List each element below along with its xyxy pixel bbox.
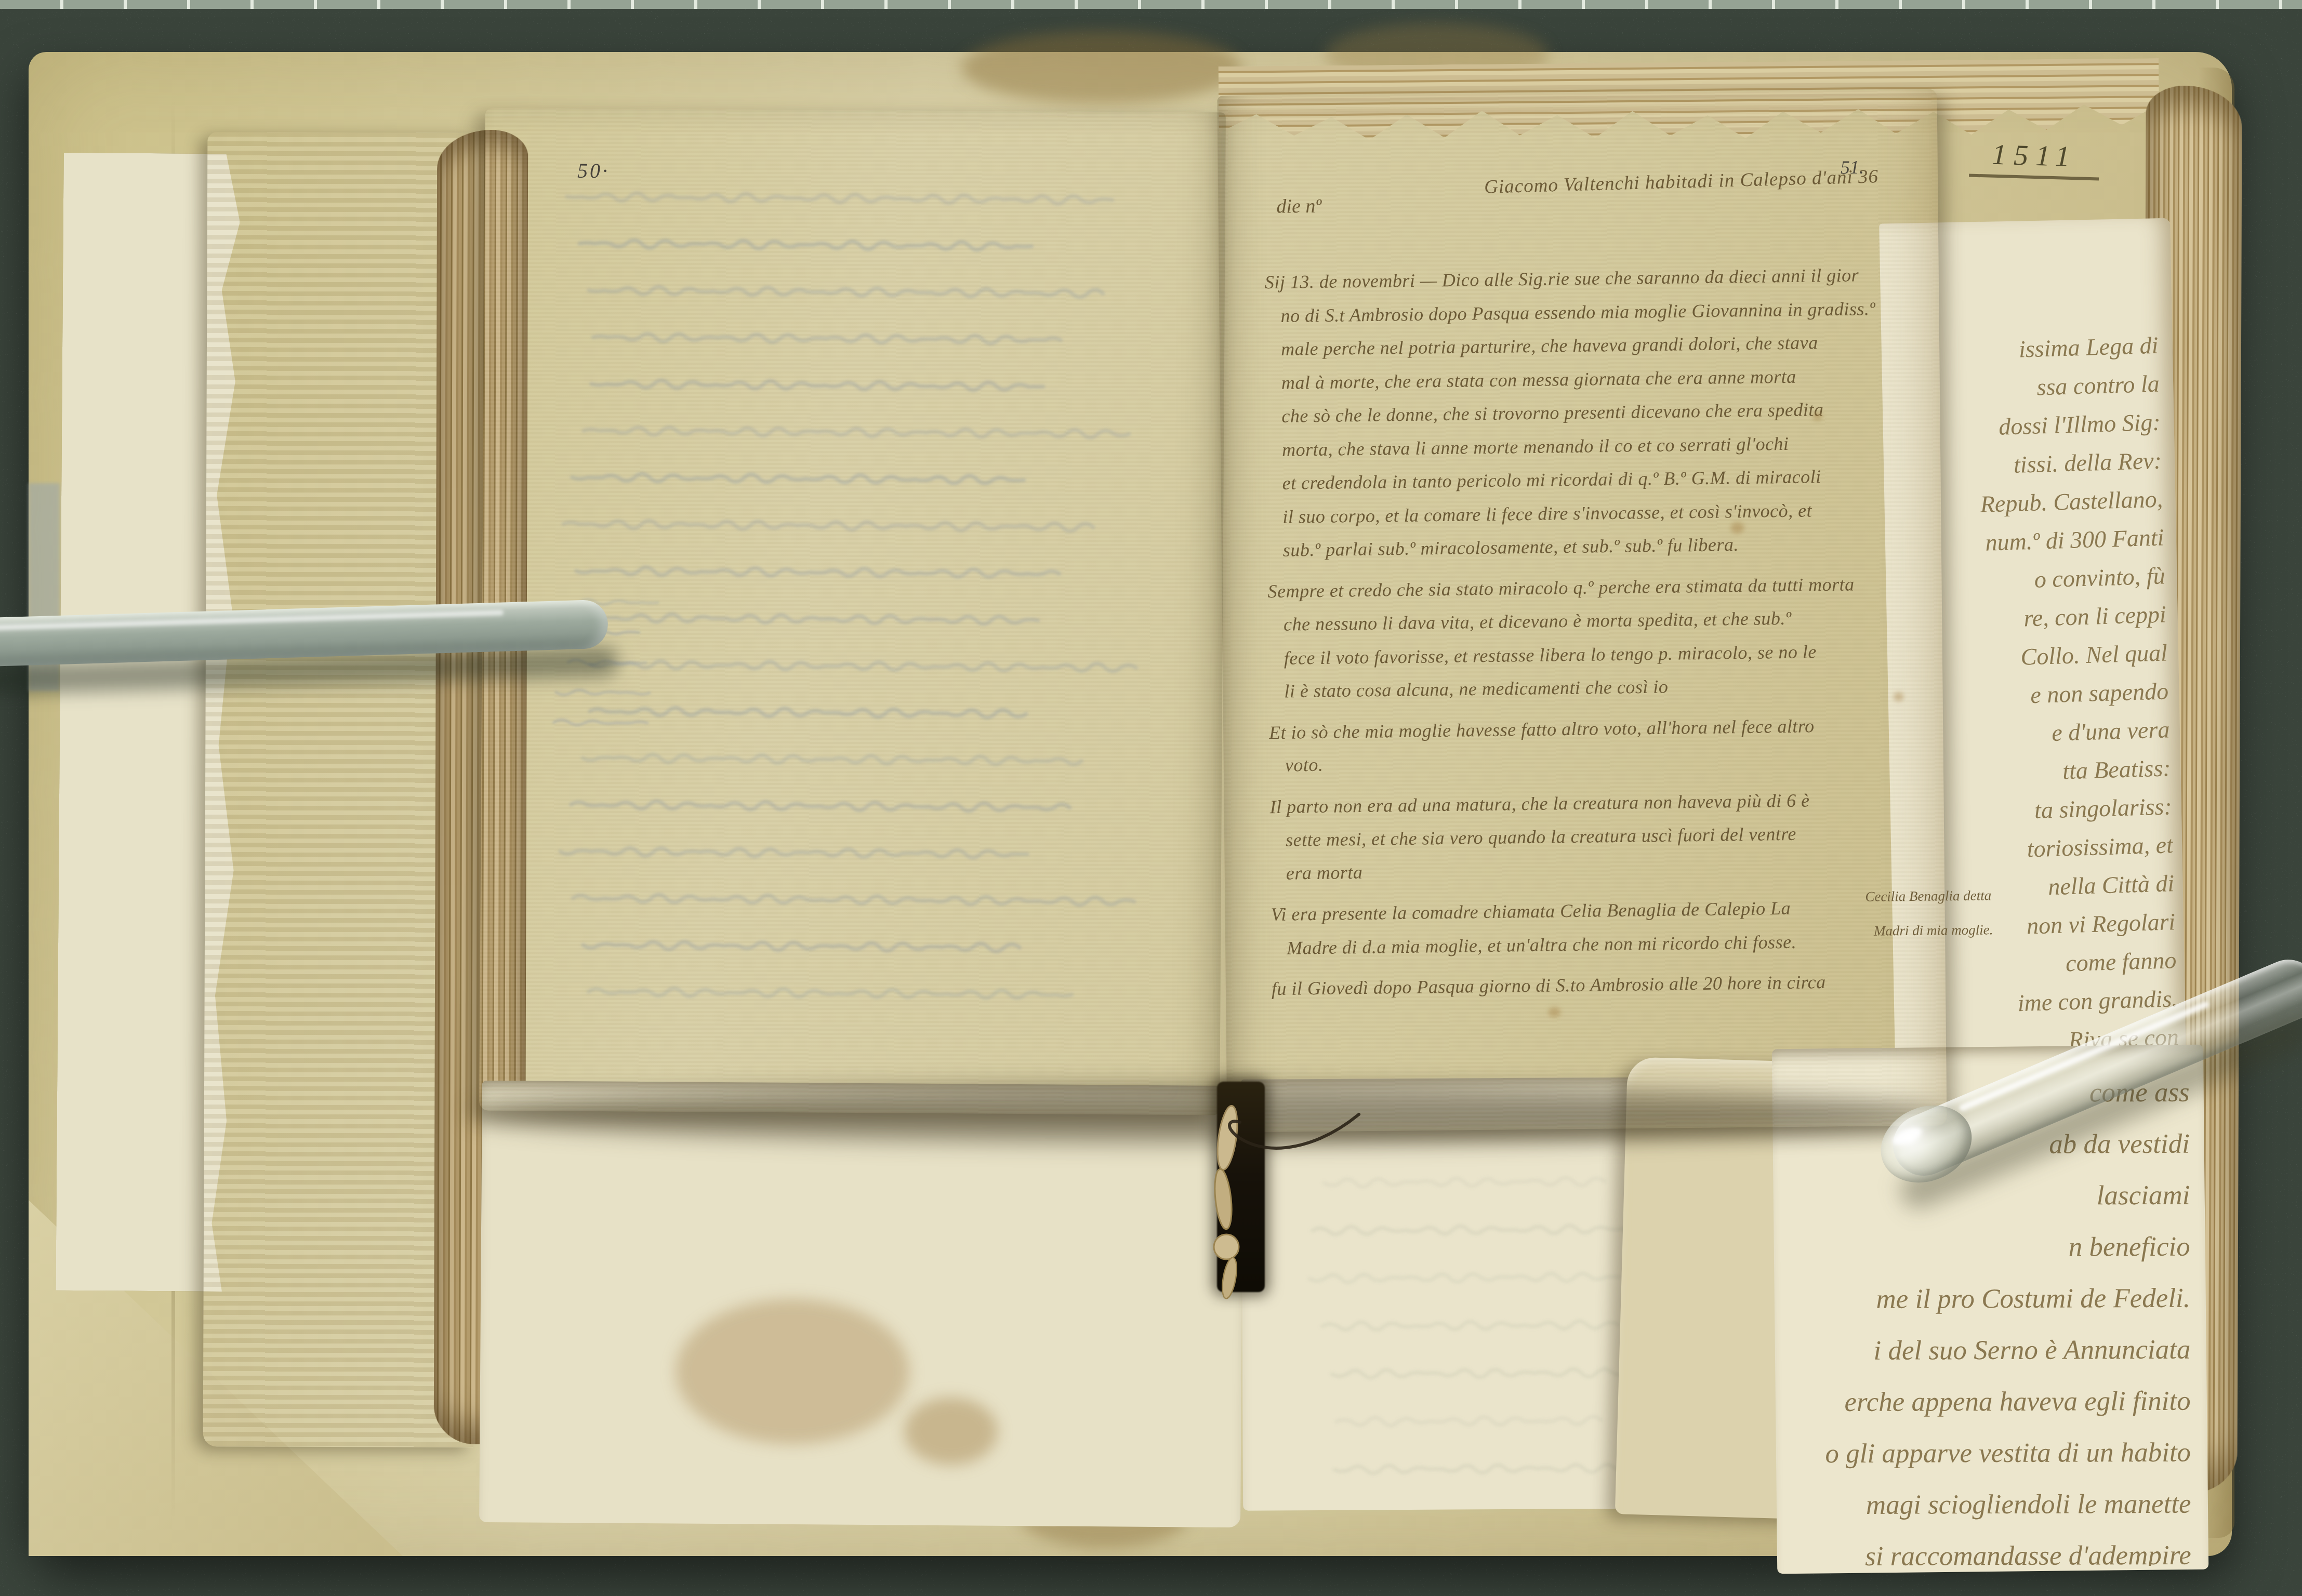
fragment-line: i del suo Serno è Annunciata [1780, 1324, 2190, 1377]
right-page: die nº Giacomo Valtenchi habitadi in Cal… [1217, 89, 1947, 1132]
scale-bar [0, 0, 2302, 9]
fragment-line: n beneficio [1780, 1221, 2190, 1274]
under-sheet-left [479, 1081, 1243, 1527]
manuscript-line: mal à morte, che era stata con messa gio… [1281, 365, 1796, 393]
year-mark: 1511 [1969, 138, 2100, 181]
manuscript-line: che nessuno li dava vita, et dicevano è … [1284, 607, 1792, 635]
foxing-spot [1894, 692, 1904, 701]
foxing-spot [1813, 413, 1822, 421]
manuscript-line: et credendola in tanto pericolo mi ricor… [1282, 465, 1821, 494]
page-number-left: 50· [577, 158, 610, 183]
foxing-spot [1730, 522, 1744, 534]
margin-note-line: Madri di mia moglie. [1874, 922, 1993, 939]
manuscript-line: fu il Giovedì dopo Pasqua giorno di S.to… [1272, 971, 1826, 1000]
manuscript-line: sub.º parlai sub.º miracolosamente, et s… [1283, 534, 1739, 561]
manuscript-line: male perche nel potria parturire, che ha… [1281, 331, 1818, 360]
manuscript-line: sette mesi, et che sia vero quando la cr… [1286, 823, 1796, 851]
manuscript-line: che sò che le donne, che si trovorno pre… [1281, 398, 1823, 427]
manuscript-line: voto. [1285, 754, 1324, 776]
manuscript-photograph: issima Lega dissa contro ladossi l'Illmo… [0, 0, 2302, 1596]
fragment-line: si raccomandasse d'adempire [1781, 1530, 2191, 1567]
manuscript-line: no di S.t Ambrosio dopo Pasqua essendo m… [1280, 298, 1875, 327]
stain [904, 1398, 998, 1465]
manuscript-line: Sempre et credo che sia stato miracolo q… [1267, 573, 1854, 602]
manuscript-line: morta, che stava li anne morte menando i… [1282, 432, 1789, 460]
fragment-line: magi sciogliendoli le manette [1780, 1479, 2191, 1532]
fragment-line: me il pro Costumi de Fedeli. [1780, 1273, 2190, 1326]
binding-twine-and-thread [1180, 1060, 1419, 1320]
manuscript-line: Sij 13. de novembri — Dico alle Sig.rie … [1265, 264, 1859, 293]
manuscript-line: fece il voto favorisse, et restasse libe… [1284, 641, 1817, 669]
manuscript-line: Vi era presente la comadre chiamata Celi… [1271, 897, 1791, 925]
stain [676, 1299, 909, 1444]
manuscript-line: Madre di d.a mia moglie, et un'altra che… [1287, 930, 1796, 959]
margin-note-line: Cecilia Benaglia detta [1865, 887, 1991, 905]
foxing-spot [1548, 1007, 1560, 1017]
manuscript-line: Il parto non era ad una matura, che la c… [1269, 789, 1809, 818]
fragment-line: o gli apparve vestita di un habito [1780, 1427, 2191, 1480]
fragment-line: erche appena haveva egli finito [1780, 1376, 2191, 1429]
stain [961, 31, 1242, 104]
manuscript-line: li è stato cosa alcuna, ne medicamenti c… [1284, 675, 1668, 702]
showthrough-handwriting [558, 187, 1186, 1055]
manuscript-line: Et io sò che mia moglie havesse fatto al… [1269, 715, 1815, 743]
deposition-text-block: Sij 13. de novembri — Dico alle Sig.rie … [1217, 89, 1947, 1132]
manuscript-line: era morta [1286, 861, 1363, 884]
